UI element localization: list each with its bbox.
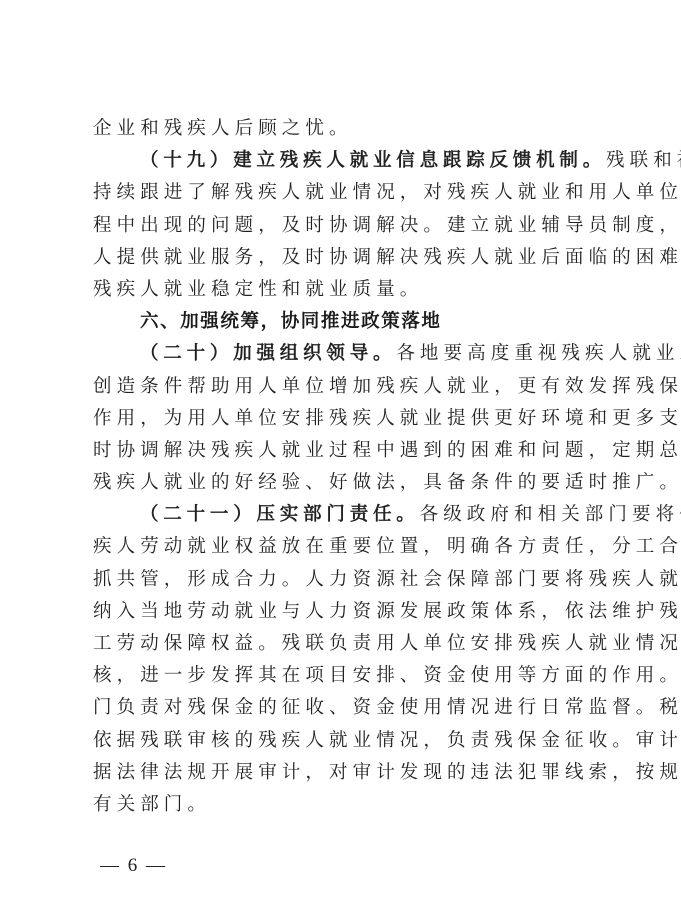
text-line: 作用，为用人单位安排残疾人就业提供更好环境和更多支持。及 [93,403,589,435]
paragraph-text: 门负责对残保金的征收、资金使用情况进行日常监督。税务部门 [93,697,681,718]
text-line: 抓共管，形成合力。人力资源社会保障部门要将残疾人就业工作 [93,564,589,596]
paragraph-text: 人提供就业服务，及时协调解决残疾人就业后面临的困难，提高 [93,247,681,268]
paragraph-text: 残疾人就业的好经验、好做法，具备条件的要适时推广。 [93,472,681,493]
paragraph-text: 程中出现的问题，及时协调解决。建立就业辅导员制度，为残疾 [93,215,681,236]
text-line: 疾人劳动就业权益放在重要位置，明确各方责任，分工合作，齐 [93,531,589,563]
paragraph-text: 依据残联审核的残疾人就业情况，负责残保金征收。审计部门依 [93,730,681,751]
paragraph-text: 各级政府和相关部门要将保障残 [420,504,681,525]
text-line: 人提供就业服务，及时协调解决残疾人就业后面临的困难，提高 [93,242,589,274]
document-page: 企业和残疾人后顾之忧。 （十九）建立残疾人就业信息跟踪反馈机制。残联和社区要 持… [93,113,589,821]
text-line: 纳入当地劳动就业与人力资源发展政策体系，依法维护残疾人职 [93,596,589,628]
paragraph-text: 持续跟进了解残疾人就业情况，对残疾人就业和用人单位用工过 [93,182,681,203]
paragraph-text: 创造条件帮助用人单位增加残疾人就业，更有效发挥残保金制度 [93,376,681,397]
paragraph-text: 企业和残疾人后顾之忧。 [93,118,353,139]
paragraph-text: 作用，为用人单位安排残疾人就业提供更好环境和更多支持。及 [93,408,681,429]
paragraph-text: 时协调解决残疾人就业过程中遇到的困难和问题，定期总结促进 [93,440,681,461]
section-lead-20: （二十）加强组织领导。 [140,343,396,364]
text-line: 核，进一步发挥其在项目安排、资金使用等方面的作用。财政部 [93,660,589,692]
paragraph-text: 残疾人就业稳定性和就业质量。 [93,279,423,300]
text-line: 残疾人就业稳定性和就业质量。 [93,274,589,306]
paragraph-text: 各地要高度重视残疾人就业工作， [396,343,681,364]
section-lead-19: （十九）建立残疾人就业信息跟踪反馈机制。 [140,150,606,171]
text-line: 门负责对残保金的征收、资金使用情况进行日常监督。税务部门 [93,692,589,724]
page-number: — 6 — [100,855,167,877]
text-line: （十九）建立残疾人就业信息跟踪反馈机制。残联和社区要 [93,145,589,177]
section-heading-6: 六、加强统筹，协同推进政策落地 [140,311,442,332]
text-line: 有关部门。 [93,789,589,821]
paragraph-text: 残联和社区要 [606,150,681,171]
text-line: 工劳动保障权益。残联负责用人单位安排残疾人就业情况的审 [93,628,589,660]
paragraph-text: 工劳动保障权益。残联负责用人单位安排残疾人就业情况的审 [93,633,681,654]
section-lead-21: （二十一）压实部门责任。 [140,504,420,525]
text-line: 六、加强统筹，协同推进政策落地 [93,306,589,338]
paragraph-text: 抓共管，形成合力。人力资源社会保障部门要将残疾人就业工作 [93,569,681,590]
paragraph-text: 核，进一步发挥其在项目安排、资金使用等方面的作用。财政部 [93,665,681,686]
paragraph-text: 据法律法规开展审计，对审计发现的违法犯罪线索，按规定移送 [93,762,681,783]
text-line: 持续跟进了解残疾人就业情况，对残疾人就业和用人单位用工过 [93,177,589,209]
text-line: （二十一）压实部门责任。各级政府和相关部门要将保障残 [93,499,589,531]
text-line: （二十）加强组织领导。各地要高度重视残疾人就业工作， [93,338,589,370]
paragraph-text: 有关部门。 [93,794,211,815]
text-line: 依据残联审核的残疾人就业情况，负责残保金征收。审计部门依 [93,725,589,757]
text-line: 程中出现的问题，及时协调解决。建立就业辅导员制度，为残疾 [93,210,589,242]
text-line: 创造条件帮助用人单位增加残疾人就业，更有效发挥残保金制度 [93,371,589,403]
text-line: 企业和残疾人后顾之忧。 [93,113,589,145]
text-line: 时协调解决残疾人就业过程中遇到的困难和问题，定期总结促进 [93,435,589,467]
paragraph-text: 纳入当地劳动就业与人力资源发展政策体系，依法维护残疾人职 [93,601,681,622]
text-line: 据法律法规开展审计，对审计发现的违法犯罪线索，按规定移送 [93,757,589,789]
paragraph-text: 疾人劳动就业权益放在重要位置，明确各方责任，分工合作，齐 [93,536,681,557]
text-line: 残疾人就业的好经验、好做法，具备条件的要适时推广。 [93,467,589,499]
